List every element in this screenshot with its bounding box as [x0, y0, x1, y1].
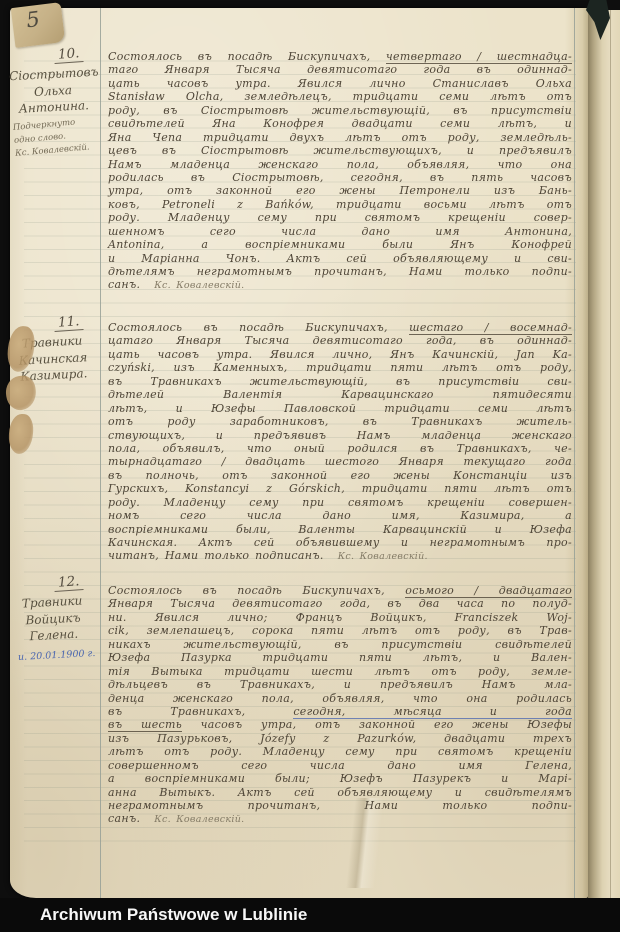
handwritten-line: утра, отъ законной его жены Петронели из…: [108, 184, 572, 197]
handwritten-line: отъ роду заработниковъ, въ Травникахъ жи…: [108, 415, 572, 428]
handwritten-line: роду, въ Сіострытовѣ жительствующій, въ …: [108, 104, 572, 117]
page-number-tape: 5: [11, 2, 66, 48]
handwritten-text: неграмотнымъ прочитанъ, Нами только подп…: [108, 799, 572, 812]
handwritten-line: Юзефа Пазурка тридцати пяти лѣтъ, и Вале…: [108, 651, 572, 664]
handwritten-line: цевъ въ Сіострытовѣ жительствующихъ, и п…: [108, 144, 572, 157]
entry-number: 12.: [53, 573, 84, 592]
handwritten-text: свидѣтелей Яна Конофрея двадцати семи лѣ…: [108, 117, 572, 130]
handwritten-text: изъ Пазурьковъ, Józefy z Pazurków, двадц…: [108, 732, 572, 745]
handwritten-line: шенномъ сего числа дано имя Антонина,: [108, 225, 572, 238]
handwritten-text: читанъ, Нами только подписанъ.: [108, 549, 324, 562]
handwritten-line: неграмотнымъ прочитанъ, Нами только подп…: [108, 799, 572, 812]
underlined-text: сегодня, мѣсяца и года: [293, 705, 572, 719]
handwritten-text: утра, отъ законной его жены Петронели из…: [108, 184, 572, 197]
handwritten-line: номъ сего числа дано имя, Казимира, а: [108, 509, 572, 522]
handwritten-text: въ Травникахъ жительствующій, въ присутс…: [108, 375, 572, 388]
adjacent-page-crease: [610, 10, 611, 898]
handwritten-text: въ Травникахъ,: [108, 705, 293, 718]
page-number-label: 5: [25, 7, 41, 32]
handwritten-line: никахъ жительствующій, въ присутствіи св…: [108, 638, 572, 651]
handwritten-text: часовъ утра, отъ законной его жены Юзефы: [182, 718, 572, 731]
handwritten-line: ни. Явился лично; Францъ Войцикъ, Franci…: [108, 611, 572, 624]
handwritten-line: Состоялось въ посадѣ Бискупичахъ, четвер…: [108, 50, 572, 63]
handwritten-text: цать часовъ утра. Явился лично, Янъ Качи…: [108, 348, 572, 361]
handwritten-text: воспріемниками были, Валенты Карвацинскі…: [108, 523, 572, 536]
handwritten-line: Января Тысяча девятисотаго года, въ два …: [108, 597, 572, 610]
handwritten-text: никахъ жительствующій, въ присутствіи св…: [108, 638, 572, 651]
handwritten-text: и Маріанна Чонъ. Актъ сей объявляющему и…: [108, 252, 572, 265]
adjacent-page-edge: [588, 10, 620, 898]
handwritten-text: cik, землепашецъ, сорока пяти лѣтъ отъ р…: [108, 624, 572, 637]
handwritten-text: таго Января Тысяча девятисотаго года въ …: [108, 63, 572, 76]
handwritten-text: роду, въ Сіострытовѣ жительствующій, въ …: [108, 104, 572, 117]
entry-body-text: Состоялось въ посадѣ Бискупичахъ, четвер…: [108, 50, 572, 292]
handwritten-text: Состоялось въ посадѣ Бискупичахъ,: [108, 321, 409, 334]
handwritten-text: отъ роду заработниковъ, въ Травникахъ жи…: [108, 415, 572, 428]
handwritten-text: шенномъ сего числа дано имя Антонина,: [108, 225, 572, 238]
underlined-text: въ шесть: [108, 718, 182, 732]
handwritten-line: денца женскаго пола, объявляя, что она р…: [108, 692, 572, 705]
handwritten-text: ствующихъ, и предъявивъ Намъ младенца же…: [108, 429, 572, 442]
handwritten-line: ствующихъ, и предъявивъ Намъ младенца же…: [108, 429, 572, 442]
handwritten-text: денца женскаго пола, объявляя, что она р…: [108, 692, 572, 705]
handwritten-text: совершенномъ сего числа дано имя Гелена,: [108, 759, 572, 772]
handwritten-text: анна Вытыкъ. Актъ сей объявляющему и сви…: [108, 786, 572, 799]
handwritten-line: дѣтелей Валентія Карвацинскаго пятидесят…: [108, 388, 572, 401]
handwritten-text: Состоялось въ посадѣ Бискупичахъ,: [108, 584, 405, 597]
priest-signature: Кс. Ковалевскій.: [324, 551, 428, 562]
handwritten-line: Гурскихъ, Konstancyi z Górskich, тридцат…: [108, 482, 572, 495]
handwritten-line: цать часовъ утра. Явился лично, Янъ Качи…: [108, 348, 572, 361]
handwritten-text: ни. Явился лично; Францъ Войцикъ, Franci…: [108, 611, 572, 624]
handwritten-line: цатаго Января Тысяча девятисотаго года, …: [108, 334, 572, 347]
handwritten-line: совершенномъ сего числа дано имя Гелена,: [108, 759, 572, 772]
watermark-bar: Archiwum Państwowe w Lublinie: [0, 898, 620, 932]
handwritten-line: Состоялось въ посадѣ Бискупичахъ, осьмог…: [108, 584, 572, 597]
handwritten-text: czyński, изъ Каменныхъ, тридцати пяти лѣ…: [108, 361, 572, 374]
handwritten-line: Antonina, а воспріемниками были Янъ Коно…: [108, 238, 572, 251]
handwritten-line: Яна Чепа тридцати двухъ лѣтъ отъ роду, з…: [108, 131, 572, 144]
handwritten-text: Января Тысяча девятисотаго года, въ два …: [108, 597, 572, 610]
handwritten-text: роду. Младенцу сему при святомъ крещеніи…: [108, 496, 572, 509]
handwritten-text: цевъ въ Сіострытовѣ жительствующихъ, и п…: [108, 144, 572, 157]
handwritten-text: Antonina, а воспріемниками были Янъ Коно…: [108, 238, 572, 251]
handwritten-line: Намъ младенца женскаго пола, объявляя, ч…: [108, 158, 572, 171]
archive-watermark: Archiwum Państwowe w Lublinie: [40, 898, 307, 932]
handwritten-line: Состоялось въ посадѣ Бискупичахъ, шестаг…: [108, 321, 572, 334]
handwritten-line: cik, землепашецъ, сорока пяти лѣтъ отъ р…: [108, 624, 572, 637]
handwritten-line: въ шесть часовъ утра, отъ законной его ж…: [108, 718, 572, 731]
handwritten-text: Юзефа Пазурка тридцати пяти лѣтъ, и Вале…: [108, 651, 572, 664]
handwritten-text: санъ.: [108, 812, 140, 825]
priest-signature: Кс. Ковалевскій.: [140, 814, 244, 825]
handwritten-text: лѣтъ отъ роду. Младенцу сему при святомъ…: [108, 745, 572, 758]
entry-number: 10.: [53, 45, 84, 64]
margin-date-note-blue: и. 20.01.1900 г.: [18, 648, 96, 663]
handwritten-text: родилась въ Сіострытовѣ, сегодня, въ пят…: [108, 171, 572, 184]
register-page-paper: 10. СіострытовъОльхаАнтонина. Подчеркнут…: [10, 8, 588, 898]
handwritten-line: czyński, изъ Каменныхъ, тридцати пяти лѣ…: [108, 361, 572, 374]
handwritten-line: въ полночь, отъ законной его жены Конста…: [108, 469, 572, 482]
handwritten-line: свидѣтелей Яна Конофрея двадцати семи лѣ…: [108, 117, 572, 130]
handwritten-line: пола, объявилъ, что оный родился въ Трав…: [108, 442, 572, 455]
handwritten-text: дѣтелей Валентія Карвацинскаго пятидесят…: [108, 388, 572, 401]
handwritten-line: ковъ, Petroneli z Bańków, тридцати восьм…: [108, 198, 572, 211]
handwritten-text: цатаго Января Тысяча девятисотаго года, …: [108, 334, 572, 347]
handwritten-line: въ Травникахъ жительствующій, въ присутс…: [108, 375, 572, 388]
handwritten-text: а воспріемниками были; Юзефъ Пазурекъ и …: [108, 772, 572, 785]
handwritten-line: дѣтелямъ неграмотнымъ прочитанъ, Нами то…: [108, 265, 572, 278]
handwritten-text: санъ.: [108, 278, 140, 291]
handwritten-line: родилась въ Сіострытовѣ, сегодня, въ пят…: [108, 171, 572, 184]
handwritten-line: роду. Младенцу сему при святомъ крещеніи…: [108, 211, 572, 224]
handwritten-text: тія Вытыка тридцати шести лѣтъ отъ роду,…: [108, 665, 572, 678]
scanned-register-page: 10. СіострытовъОльхаАнтонина. Подчеркнут…: [0, 0, 620, 932]
handwritten-text: пола, объявилъ, что оный родился въ Трав…: [108, 442, 572, 455]
handwritten-line: въ Травникахъ, сегодня, мѣсяца и года: [108, 705, 572, 718]
handwritten-text: Яна Чепа тридцати двухъ лѣтъ отъ роду, з…: [108, 131, 572, 144]
handwritten-line: тырнадцатаго / двадцать шестого Января т…: [108, 455, 572, 468]
entry-number: 11.: [53, 313, 84, 332]
handwritten-text: дѣльцевъ въ Травникахъ, и предъявилъ Нам…: [108, 678, 572, 691]
handwritten-line: воспріемниками были, Валенты Карвацинскі…: [108, 523, 572, 536]
handwritten-line: роду. Младенцу сему при святомъ крещеніи…: [108, 496, 572, 509]
handwritten-text: Намъ младенца женскаго пола, объявляя, ч…: [108, 158, 572, 171]
handwritten-text: лѣтъ, и Юзефы Павловской тридцати семи л…: [108, 402, 572, 415]
handwritten-text: Качинская. Актъ сей объявившему и неграм…: [108, 536, 572, 549]
margin-heading-line: Гелена.: [10, 625, 97, 646]
handwritten-line: а воспріемниками были; Юзефъ Пазурекъ и …: [108, 772, 572, 785]
handwritten-line: лѣтъ отъ роду. Младенцу сему при святомъ…: [108, 745, 572, 758]
handwritten-text: Состоялось въ посадѣ Бискупичахъ,: [108, 50, 386, 63]
handwritten-line: анна Вытыкъ. Актъ сей объявляющему и сви…: [108, 786, 572, 799]
underlined-text: шестаго / восемнад-: [409, 321, 572, 335]
entry-body-text: Состоялось въ посадѣ Бискупичахъ, шестаг…: [108, 321, 572, 563]
margin-heading-line: Антонина.: [10, 97, 97, 118]
handwritten-line: лѣтъ, и Юзефы Павловской тридцати семи л…: [108, 402, 572, 415]
handwritten-line: изъ Пазурьковъ, Józefy z Pazurków, двадц…: [108, 732, 572, 745]
handwritten-line: Качинская. Актъ сей объявившему и неграм…: [108, 536, 572, 549]
margin-heading: СіострытовъОльхаАнтонина.: [9, 64, 97, 118]
handwritten-line: тія Вытыка тридцати шести лѣтъ отъ роду,…: [108, 665, 572, 678]
handwritten-text: ковъ, Petroneli z Bańków, тридцати восьм…: [108, 198, 572, 211]
handwritten-text: цать часовъ утра. Явился лично Станислав…: [108, 77, 572, 90]
underlined-text: осьмого / двадцатаго: [405, 584, 572, 598]
handwritten-text: тырнадцатаго / двадцать шестого Января т…: [108, 455, 572, 468]
column-rule-right: [574, 8, 575, 898]
handwritten-line: санъ.Кс. Ковалевскій.: [108, 812, 572, 825]
handwritten-line: читанъ, Нами только подписанъ.Кс. Ковале…: [108, 549, 572, 562]
handwritten-text: роду. Младенцу сему при святомъ крещеніи…: [108, 211, 572, 224]
handwritten-text: Гурскихъ, Konstancyi z Górskich, тридцат…: [108, 482, 572, 495]
handwritten-text: номъ сего числа дано имя, Казимира, а: [108, 509, 572, 522]
handwritten-line: дѣльцевъ въ Травникахъ, и предъявилъ Нам…: [108, 678, 572, 691]
entry-body-text: Состоялось въ посадѣ Бискупичахъ, осьмог…: [108, 584, 572, 826]
handwritten-line: и Маріанна Чонъ. Актъ сей объявляющему и…: [108, 252, 572, 265]
margin-heading: ТравникиВойцикъГелена.: [9, 592, 97, 646]
underlined-text: четвертаго / шестнадца-: [386, 50, 572, 64]
handwritten-line: цать часовъ утра. Явился лично Станислав…: [108, 77, 572, 90]
margin-correction-note: Подчеркнутоодно слово.Кс. Ковалевскій.: [12, 114, 105, 161]
handwritten-line: санъ.Кс. Ковалевскій.: [108, 278, 572, 291]
handwritten-text: Stanisław Olcha, земледѣлецъ, тридцати с…: [108, 90, 572, 103]
priest-signature: Кс. Ковалевскій.: [140, 280, 244, 291]
handwritten-text: дѣтелямъ неграмотнымъ прочитанъ, Нами то…: [108, 265, 572, 278]
handwritten-line: Stanisław Olcha, земледѣлецъ, тридцати с…: [108, 90, 572, 103]
handwritten-text: въ полночь, отъ законной его жены Конста…: [108, 469, 572, 482]
handwritten-line: таго Января Тысяча девятисотаго года въ …: [108, 63, 572, 76]
